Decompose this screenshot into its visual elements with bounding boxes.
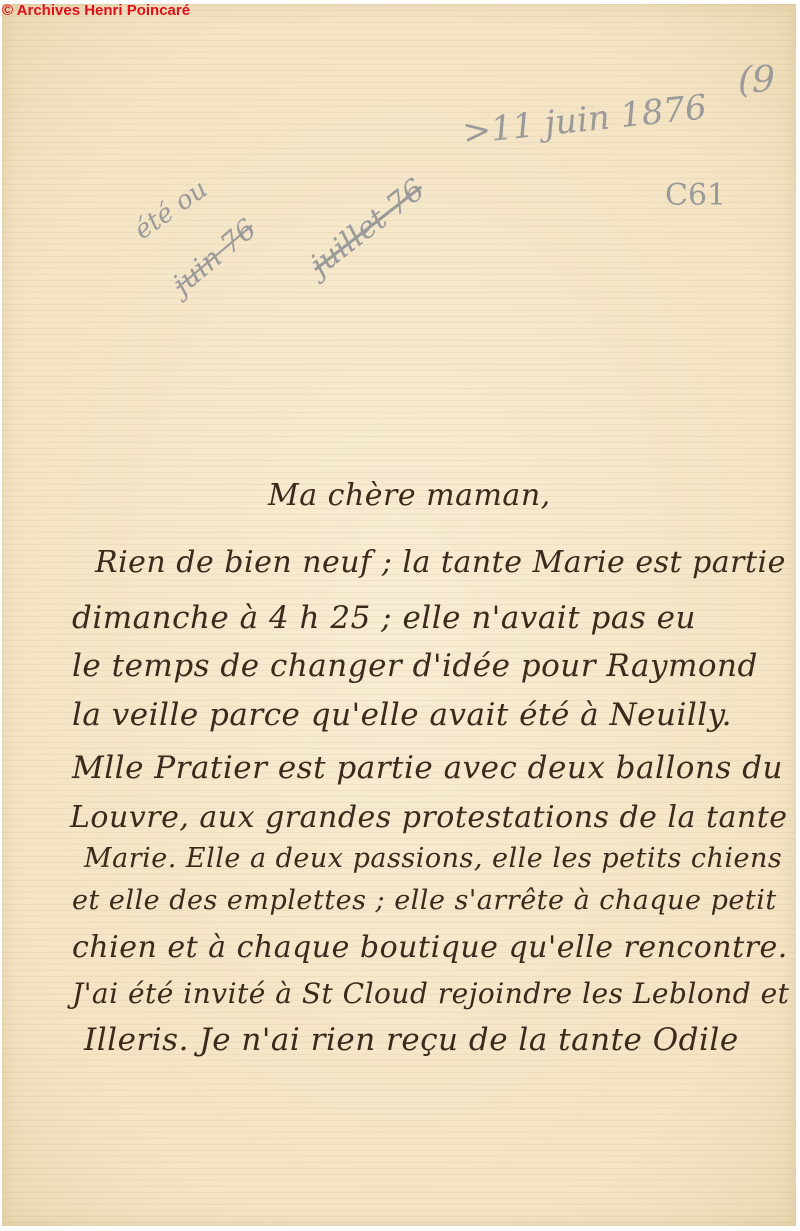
letter-line-8: et elle des emplettes ; elle s'arrête à … xyxy=(72,885,777,916)
letter-line-5: Mlle Pratier est partie avec deux ballon… xyxy=(72,750,783,786)
letter-line-10: J'ai été invité à St Cloud rejoindre les… xyxy=(72,977,789,1010)
letter-line-2: dimanche à 4 h 25 ; elle n'avait pas eu xyxy=(72,600,696,636)
letter-line-6: Louvre, aux grandes protestations de la … xyxy=(70,800,788,835)
letter-line-4: la veille parce qu'elle avait été à Neui… xyxy=(72,697,732,733)
archive-watermark: © Archives Henri Poincaré xyxy=(2,2,190,19)
letter-line-11: Illeris. Je n'ai rien reçu de la tante O… xyxy=(84,1022,739,1058)
salutation: Ma chère maman, xyxy=(268,478,551,513)
letter-line-3: le temps de changer d'idée pour Raymond xyxy=(72,648,758,684)
letter-line-9: chien et à chaque boutique qu'elle renco… xyxy=(72,930,788,965)
page-mark: (9 xyxy=(738,60,775,101)
letter-line-7: Marie. Elle a deux passions, elle les pe… xyxy=(84,843,782,874)
catalog-ref: C61 xyxy=(665,178,726,213)
letter-line-1: Rien de bien neuf ; la tante Marie est p… xyxy=(95,545,786,580)
